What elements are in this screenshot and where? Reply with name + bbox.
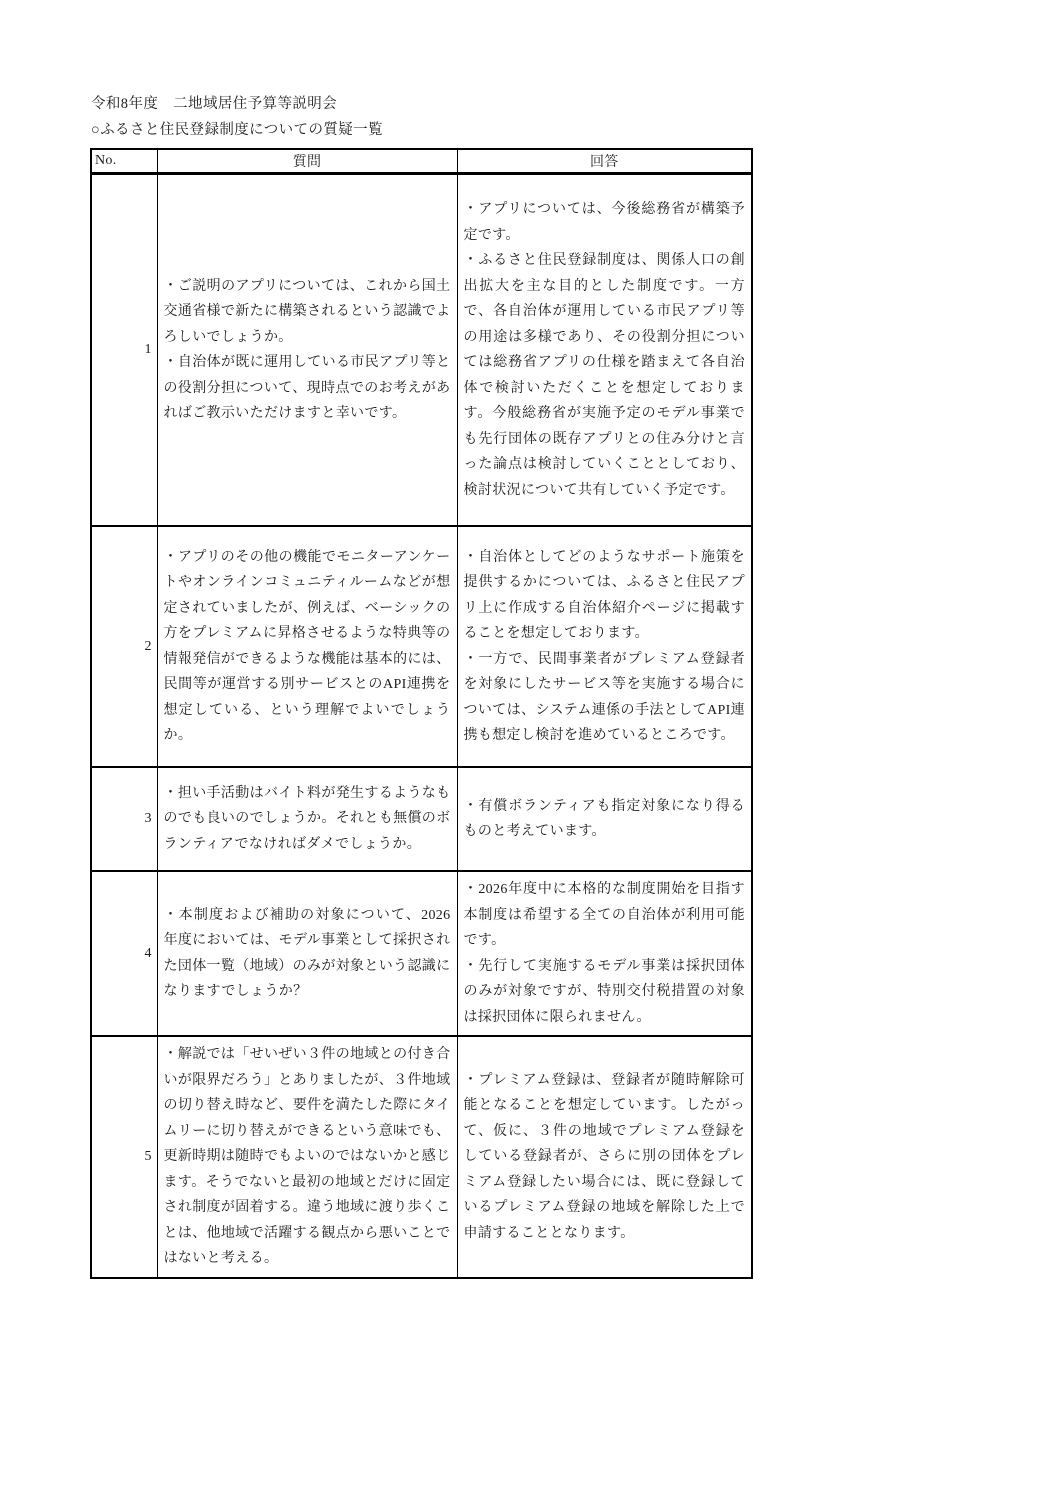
answer-cell: ・プレミアム登録は、登録者が随時解除可能となることを想定しています。したがって、…: [457, 1036, 752, 1278]
question-text: ・担い手活動はバイト料が発生するようなものでも良いのでしょうか。それとも無償のボ…: [164, 781, 451, 858]
document-subtitle: ○ふるさと住民登録制度についての質疑一覧: [91, 120, 383, 140]
question-cell: ・担い手活動はバイト料が発生するようなものでも良いのでしょうか。それとも無償のボ…: [157, 767, 457, 871]
table-row: 5 ・解説では「せいぜい３件の地域との付き合いが限界だろう」とありましたが、３件…: [91, 1036, 752, 1278]
row-number: 5: [91, 1036, 157, 1278]
table-row: 4 ・本制度および補助の対象について、2026年度においては、モデル事業として採…: [91, 871, 752, 1036]
answer-text: ・自治体としてどのようなサポート施策を提供するかについては、ふるさと住民アプリ上…: [464, 545, 746, 749]
answer-text: ・プレミアム登録は、登録者が随時解除可能となることを想定しています。したがって、…: [464, 1068, 746, 1247]
question-cell: ・ご説明のアプリについては、これから国土交通省様で新たに構築されるという認識でよ…: [157, 174, 457, 527]
table-row: 2 ・アプリのその他の機能でモニターアンケートやオンラインコミュニティルームなど…: [91, 526, 752, 767]
question-cell: ・アプリのその他の機能でモニターアンケートやオンラインコミュニティルームなどが想…: [157, 526, 457, 767]
row-number: 4: [91, 871, 157, 1036]
table-row: 1 ・ご説明のアプリについては、これから国土交通省様で新たに構築されるという認識…: [91, 174, 752, 527]
document-page: 令和8年度 二地域居住予算等説明会 ○ふるさと住民登録制度についての質疑一覧 N…: [0, 0, 1058, 1497]
row-number: 3: [91, 767, 157, 871]
table-row: 3 ・担い手活動はバイト料が発生するようなものでも良いのでしょうか。それとも無償…: [91, 767, 752, 871]
row-number: 1: [91, 174, 157, 527]
document-title: 令和8年度 二地域居住予算等説明会: [91, 94, 337, 114]
answer-cell: ・有償ボランティアも指定対象になり得るものと考えています。: [457, 767, 752, 871]
table-header-row: No. 質問 回答: [91, 149, 752, 174]
qa-table: No. 質問 回答 1 ・ご説明のアプリについては、これから国土交通省様で新たに…: [90, 148, 753, 1279]
answer-text: ・2026年度中に本格的な制度開始を目指す本制度は希望する全ての自治体が利用可能…: [464, 877, 746, 1030]
header-no: No.: [91, 149, 157, 174]
header-answer: 回答: [457, 149, 752, 174]
question-cell: ・解説では「せいぜい３件の地域との付き合いが限界だろう」とありましたが、３件地域…: [157, 1036, 457, 1278]
question-text: ・解説では「せいぜい３件の地域との付き合いが限界だろう」とありましたが、３件地域…: [164, 1042, 451, 1272]
answer-cell: ・アプリについては、今後総務省が構築予定です。 ・ふるさと住民登録制度は、関係人…: [457, 174, 752, 527]
header-question: 質問: [157, 149, 457, 174]
question-cell: ・本制度および補助の対象について、2026年度においては、モデル事業として採択さ…: [157, 871, 457, 1036]
answer-text: ・アプリについては、今後総務省が構築予定です。 ・ふるさと住民登録制度は、関係人…: [464, 197, 746, 503]
question-text: ・本制度および補助の対象について、2026年度においては、モデル事業として採択さ…: [164, 903, 451, 1005]
question-text: ・ご説明のアプリについては、これから国土交通省様で新たに構築されるという認識でよ…: [164, 274, 451, 427]
question-text: ・アプリのその他の機能でモニターアンケートやオンラインコミュニティルームなどが想…: [164, 545, 451, 749]
answer-cell: ・2026年度中に本格的な制度開始を目指す本制度は希望する全ての自治体が利用可能…: [457, 871, 752, 1036]
row-number: 2: [91, 526, 157, 767]
answer-text: ・有償ボランティアも指定対象になり得るものと考えています。: [464, 794, 746, 845]
answer-cell: ・自治体としてどのようなサポート施策を提供するかについては、ふるさと住民アプリ上…: [457, 526, 752, 767]
